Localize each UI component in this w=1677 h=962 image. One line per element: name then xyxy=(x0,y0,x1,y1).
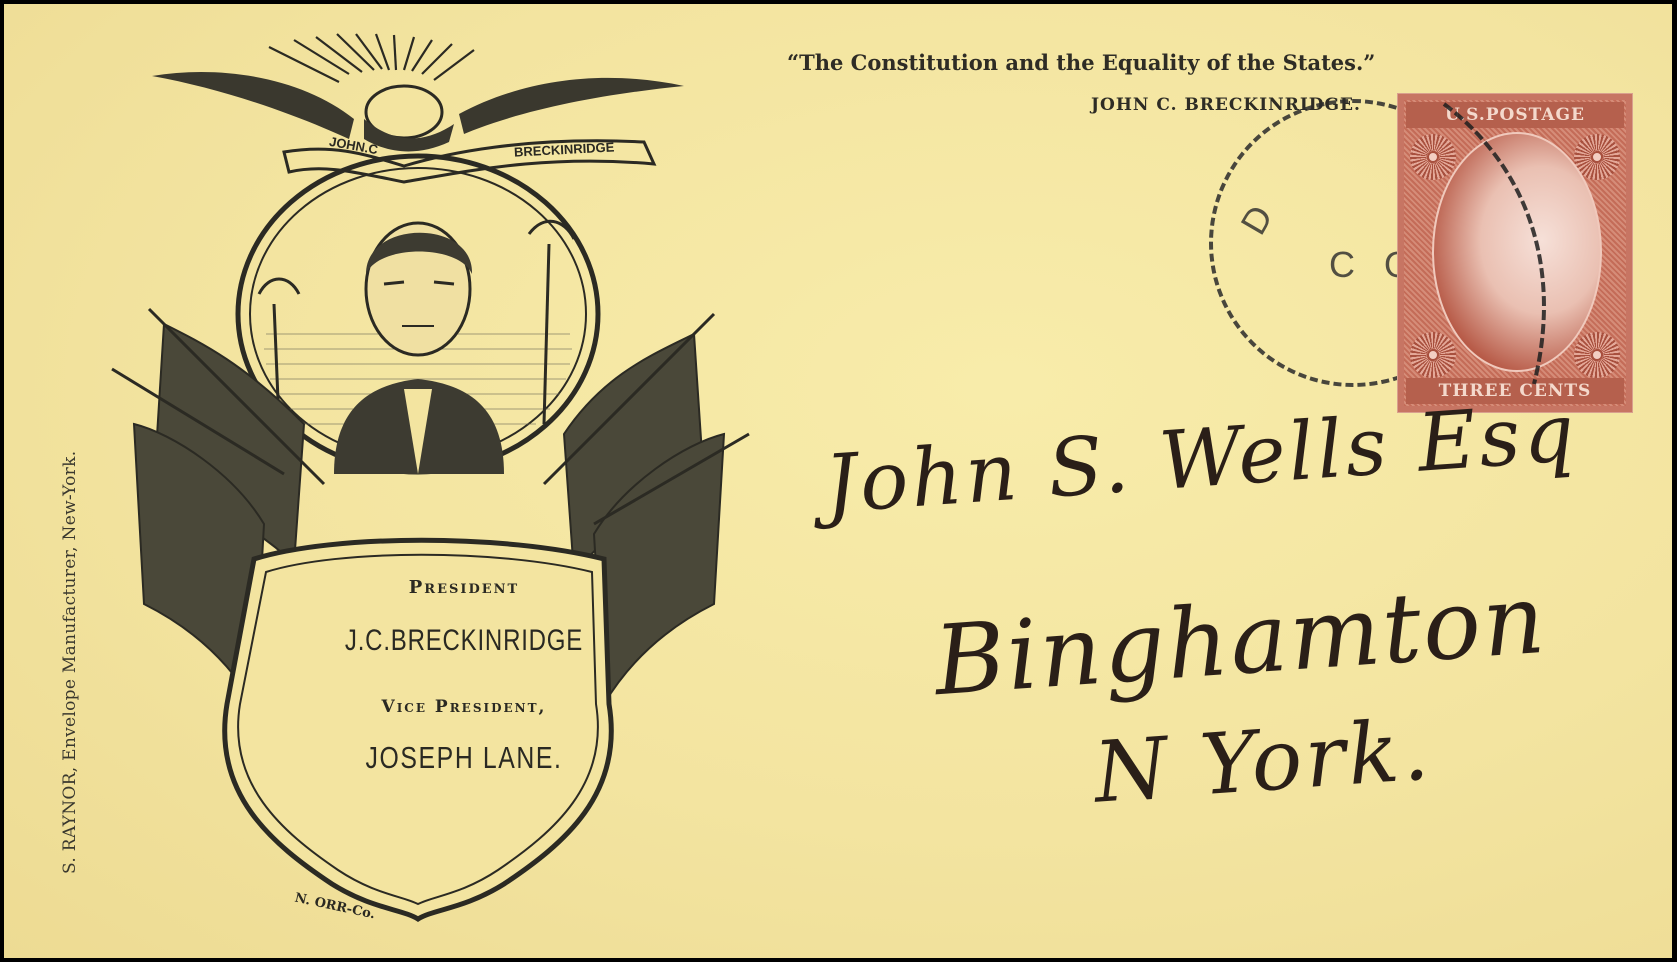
postage-stamp: U.S.POSTAGE THREE CENTS xyxy=(1398,94,1632,412)
motto-quote: “The Constitution and the Equality of th… xyxy=(787,50,1375,75)
shield-vice-president-label: Vice President, xyxy=(324,697,604,717)
rosette-ornament xyxy=(1574,332,1620,378)
rosette-ornament xyxy=(1410,134,1456,180)
washington-portrait xyxy=(1432,132,1602,372)
sunburst-rays xyxy=(269,34,474,82)
manufacturer-imprint: S. RAYNOR, Envelope Manufacturer, New-Yo… xyxy=(60,451,80,874)
shield-vice-president-name: JOSEPH LANE. xyxy=(320,740,608,776)
stamp-top-label: U.S.POSTAGE xyxy=(1406,102,1624,128)
rosette-ornament xyxy=(1410,332,1456,378)
envelope-cover: JOHN.C BRECKINRIDGE President J.C.BRECKI… xyxy=(4,4,1672,958)
shield-president-label: President xyxy=(344,577,584,598)
shield-president-name: J.C.BRECKINRIDGE xyxy=(320,624,608,658)
postmark-letter: C xyxy=(1329,244,1355,286)
